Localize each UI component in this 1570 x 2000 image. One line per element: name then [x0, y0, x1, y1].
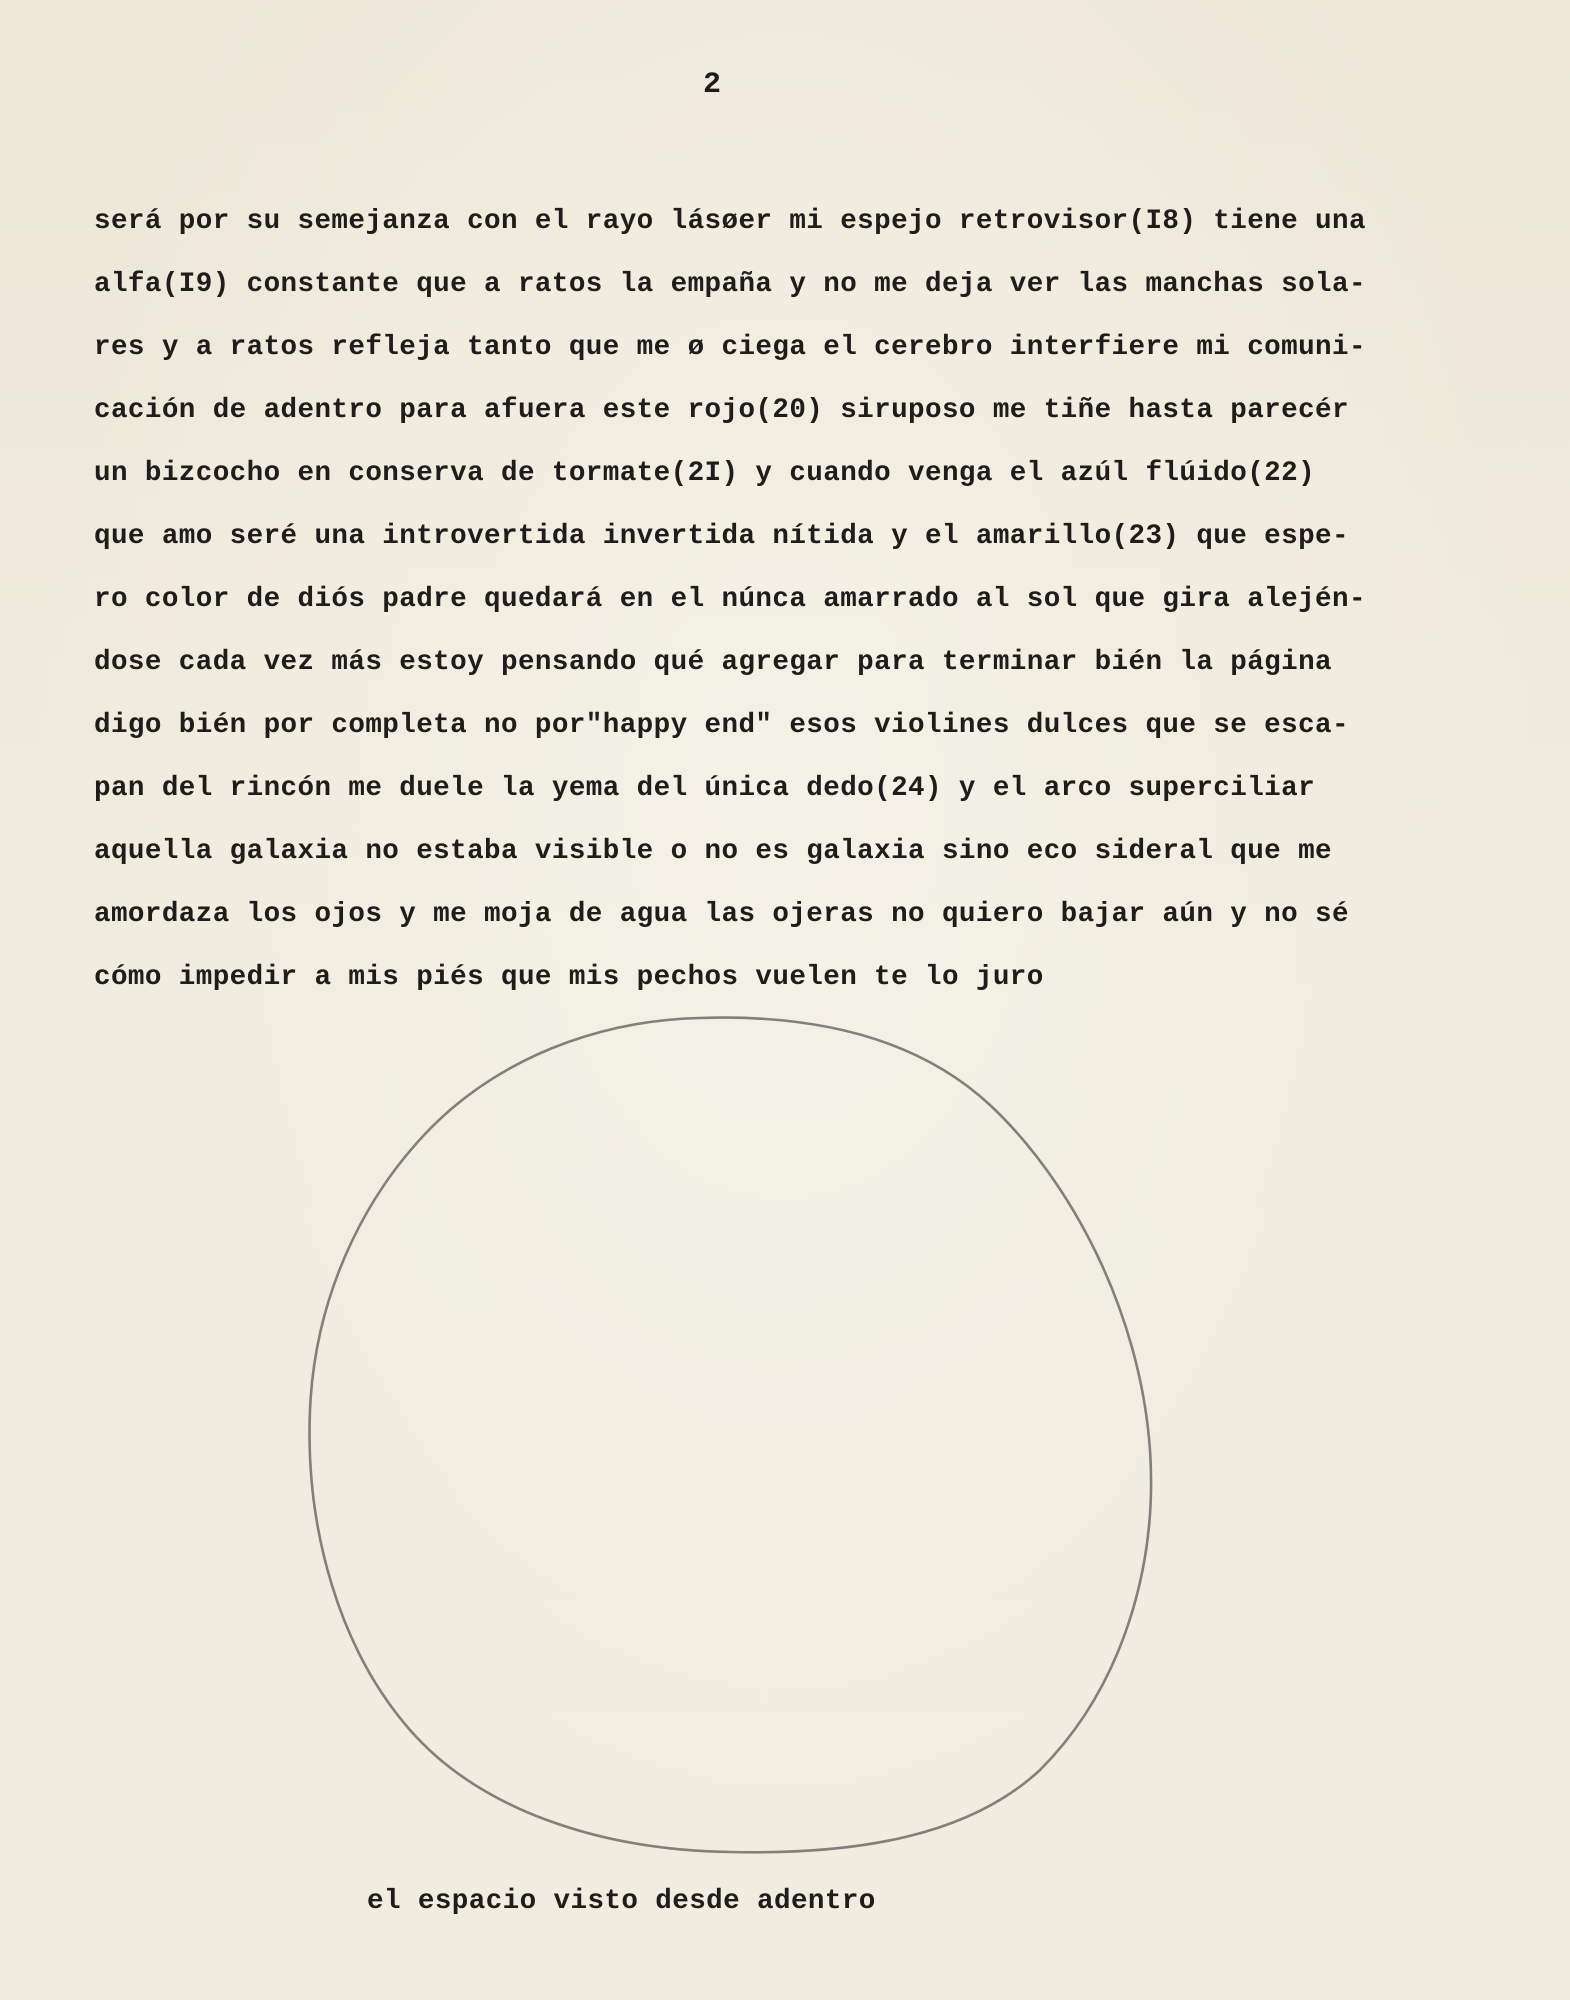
text-line: un bizcocho en conserva de tormate(2I) y…: [94, 442, 1534, 505]
text-line: res y a ratos refleja tanto que me ø cie…: [94, 316, 1534, 379]
text-line: dose cada vez más estoy pensando qué agr…: [94, 631, 1534, 694]
text-line: cómo impedir a mis piés que mis pechos v…: [94, 946, 1534, 1009]
text-line: ro color de diós padre quedará en el nún…: [94, 568, 1534, 631]
page-number: 2: [0, 68, 1424, 102]
text-line: aquella galaxia no estaba visible o no e…: [94, 820, 1534, 883]
typewritten-page: 2 será por su semejanza con el rayo lásø…: [0, 0, 1570, 2000]
text-line: pan del rincón me duele la yema del únic…: [94, 757, 1534, 820]
text-line: digo bién por completa no por"happy end"…: [94, 694, 1534, 757]
typewritten-body: será por su semejanza con el rayo lásøer…: [94, 190, 1534, 1009]
pencil-circle-drawing: [300, 1010, 1170, 1860]
text-line: alfa(I9) constante que a ratos la empaña…: [94, 253, 1534, 316]
figure-caption: el espacio visto desde adentro: [367, 1886, 876, 1917]
text-line: que amo seré una introvertida invertida …: [94, 505, 1534, 568]
text-line: será por su semejanza con el rayo lásøer…: [94, 190, 1534, 253]
text-line: amordaza los ojos y me moja de agua las …: [94, 883, 1534, 946]
text-line: cación de adentro para afuera este rojo(…: [94, 379, 1534, 442]
